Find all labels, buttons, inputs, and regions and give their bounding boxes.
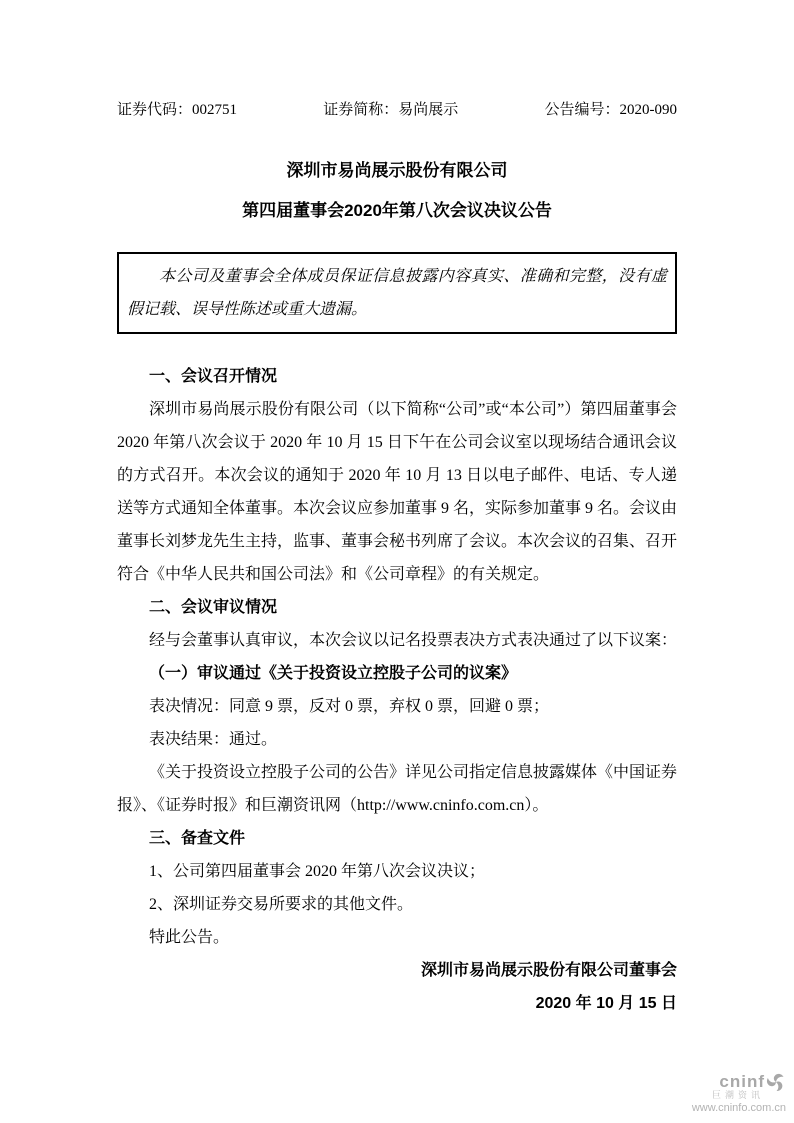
section-1-heading: 一、会议召开情况 — [117, 360, 677, 393]
document-page: 证券代码：002751 证券简称：易尚展示 公告编号：2020-090 深圳市易… — [0, 0, 794, 1123]
stock-short-name: 证券简称：易尚展示 — [323, 101, 458, 120]
cninfo-chinese-name: 巨潮资讯 — [692, 1089, 764, 1101]
announcement-number: 公告编号：2020-090 — [545, 101, 678, 120]
section-2-heading: 二、会议审议情况 — [117, 591, 677, 624]
cninfo-watermark: cninf 巨潮资讯 www.cninfo.com.cn — [692, 1072, 786, 1115]
document-item-2: 2、深圳证券交易所要求的其他文件。 — [117, 888, 677, 921]
document-body: 一、会议召开情况 深圳市易尚展示股份有限公司（以下简称“公司”或“本公司”）第四… — [117, 360, 677, 1020]
section-3-heading: 三、备查文件 — [117, 822, 677, 855]
board-signature: 深圳市易尚展示股份有限公司董事会 — [117, 954, 677, 987]
announcement-title: 第四届董事会2020年第八次会议决议公告 — [117, 200, 677, 221]
vote-detail: 表决情况：同意 9 票，反对 0 票，弃权 0 票，回避 0 票； — [117, 690, 677, 723]
resolution-1-heading: （一）审议通过《关于投资设立控股子公司的议案》 — [117, 657, 677, 690]
cninfo-url: www.cninfo.com.cn — [692, 1102, 786, 1115]
disclaimer-box: 本公司及董事会全体成员保证信息披露内容真实、准确和完整，没有虚假记载、误导性陈述… — [117, 252, 677, 334]
section-1-paragraph: 深圳市易尚展示股份有限公司（以下简称“公司”或“本公司”）第四届董事会 2020… — [117, 393, 677, 591]
stock-code: 证券代码：002751 — [117, 101, 237, 120]
document-item-1: 1、公司第四届董事会 2020 年第八次会议决议； — [117, 855, 677, 888]
disclaimer-text: 本公司及董事会全体成员保证信息披露内容真实、准确和完整，没有虚假记载、误导性陈述… — [127, 260, 667, 326]
announcement-date: 2020 年 10 月 15 日 — [117, 987, 677, 1020]
cninfo-swirl-icon — [766, 1072, 786, 1092]
vote-result: 表决结果：通过。 — [117, 723, 677, 756]
section-2-intro: 经与会董事认真审议，本次会议以记名投票表决方式表决通过了以下议案： — [117, 624, 677, 657]
company-name-title: 深圳市易尚展示股份有限公司 — [117, 160, 677, 181]
document-header: 证券代码：002751 证券简称：易尚展示 公告编号：2020-090 — [117, 101, 677, 120]
disclosure-note: 《关于投资设立控股子公司的公告》详见公司指定信息披露媒体《中国证券报》、《证券时… — [117, 756, 677, 822]
closing-statement: 特此公告。 — [117, 921, 677, 954]
document-content: 证券代码：002751 证券简称：易尚展示 公告编号：2020-090 深圳市易… — [117, 0, 677, 1020]
